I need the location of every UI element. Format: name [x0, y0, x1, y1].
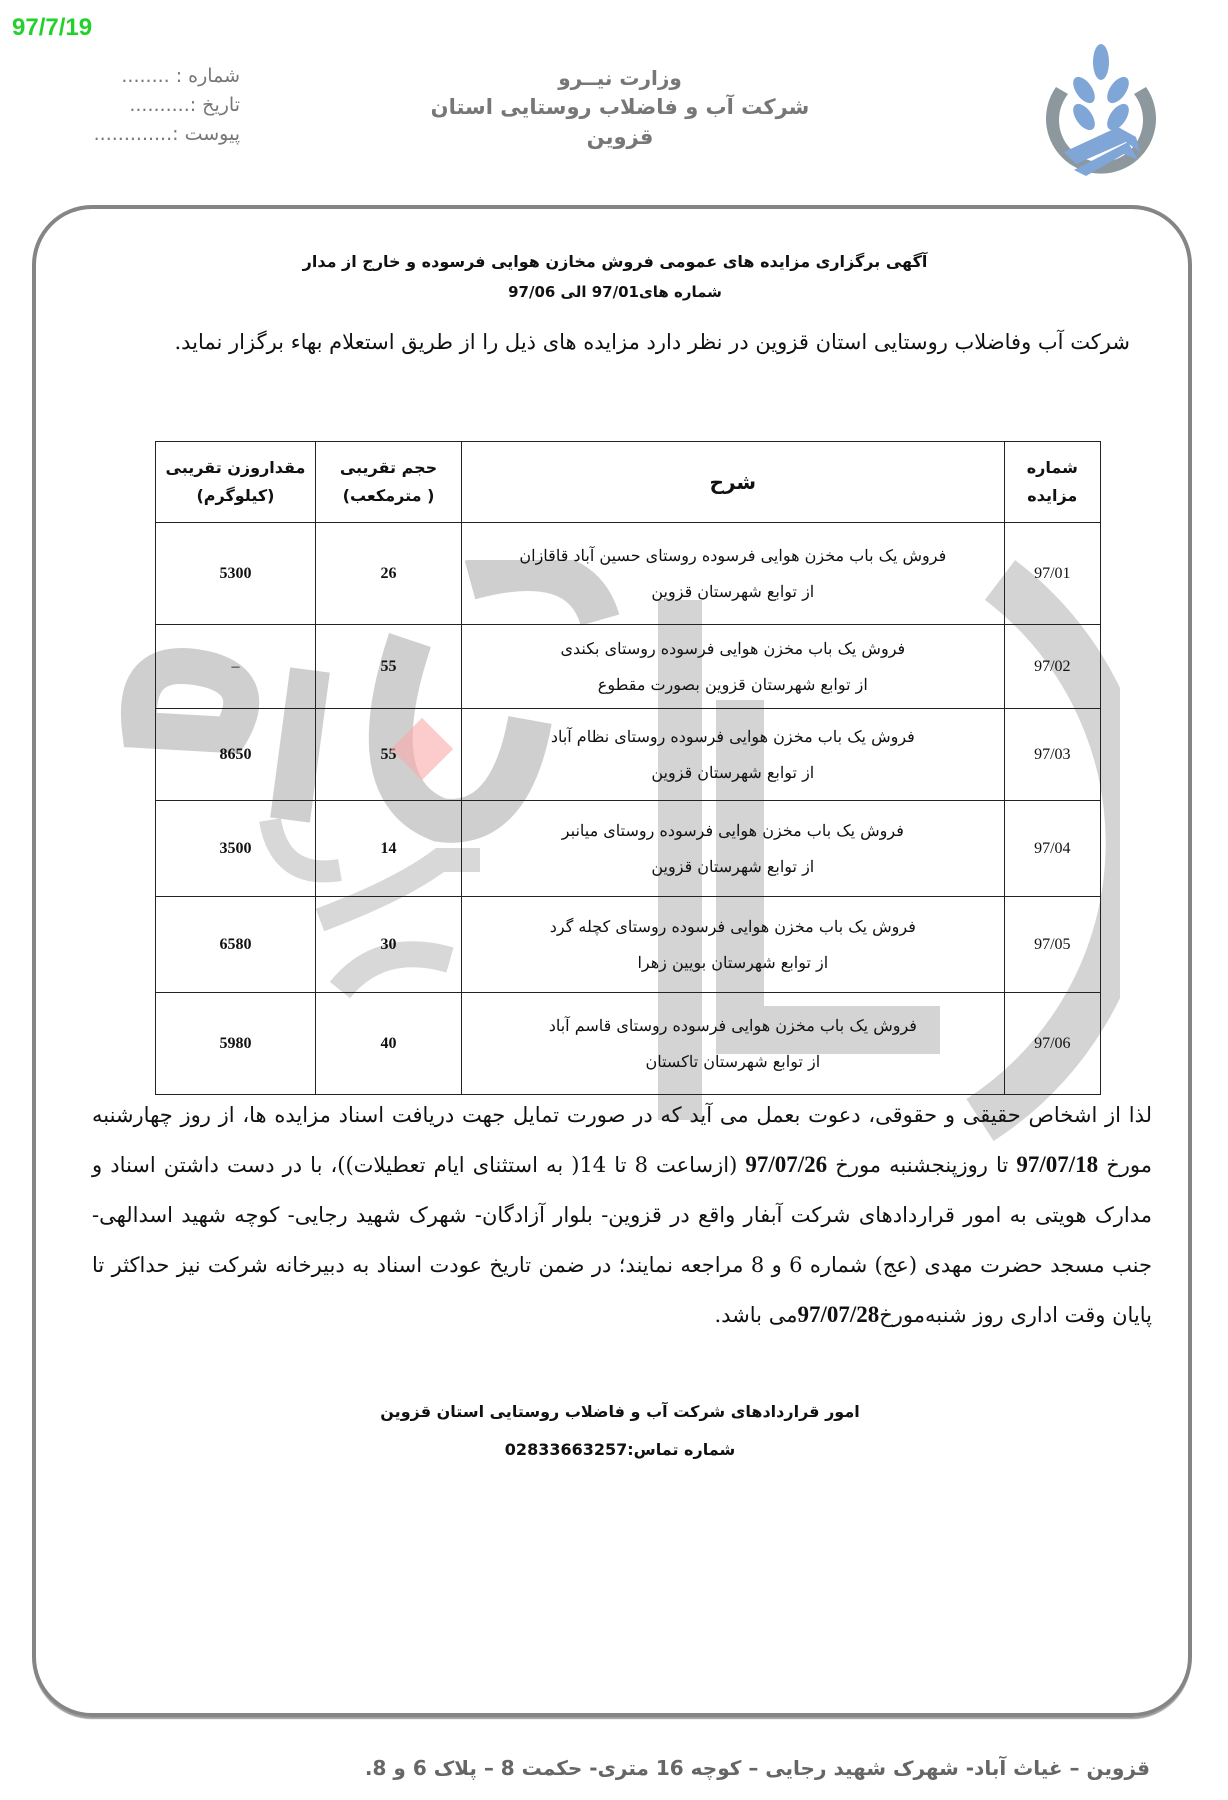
- table-row: 97/05 فروش یک باب مخزن هوایی فرسوده روست…: [156, 897, 1101, 993]
- notice-subtitle: شماره های97/01 الی 97/06: [200, 278, 1030, 306]
- auction-volume: 30: [315, 897, 461, 993]
- auction-description: فروش یک باب مخزن هوایی فرسوده روستای نظا…: [462, 709, 1005, 801]
- letter-meta: شماره : ........ تاریخ :.......... پیوست…: [70, 62, 240, 149]
- table-row: 97/04 فروش یک باب مخزن هوایی فرسوده روست…: [156, 801, 1101, 897]
- auction-volume: 40: [315, 993, 461, 1095]
- auction-volume: 55: [315, 625, 461, 709]
- auction-table: شمارهمزایده شرح حجم تقریبی( مترمکعب) مقد…: [155, 441, 1101, 1095]
- table-row: 97/06 فروش یک باب مخزن هوایی فرسوده روست…: [156, 993, 1101, 1095]
- table-row: 97/03 فروش یک باب مخزن هوایی فرسوده روست…: [156, 709, 1101, 801]
- notice-title: آگهی برگزاری مزایده های عمومی فروش مخازن…: [200, 246, 1030, 278]
- auction-description: فروش یک باب مخزن هوایی فرسوده روستای قاس…: [462, 993, 1005, 1095]
- letter-number: شماره : ........: [70, 62, 240, 91]
- header-weight: مقداروزن تقریبی(کیلوگرم): [156, 442, 316, 523]
- auction-number: 97/05: [1004, 897, 1100, 993]
- table-row: 97/01 فروش یک باب مخزن هوایی فرسوده روست…: [156, 523, 1101, 625]
- ministry-name: وزارت نیــرو: [420, 64, 820, 92]
- notice-title-block: آگهی برگزاری مزایده های عمومی فروش مخازن…: [200, 246, 1030, 306]
- contact-phone: شماره تماس:02833663257: [320, 1431, 920, 1469]
- auction-weight: 8650: [156, 709, 316, 801]
- auction-number: 97/04: [1004, 801, 1100, 897]
- auction-weight: 5980: [156, 993, 316, 1095]
- letter-attachment: پیوست :.............: [70, 120, 240, 149]
- letter-date: تاریخ :..........: [70, 91, 240, 120]
- footer-address: قزوین – غیاث آباد- شهرک شهید رجایی – کوچ…: [350, 1756, 1150, 1780]
- auction-weight: 5300: [156, 523, 316, 625]
- auction-number: 97/03: [1004, 709, 1100, 801]
- table-row: 97/02 فروش یک باب مخزن هوایی فرسوده روست…: [156, 625, 1101, 709]
- auction-description: فروش یک باب مخزن هوایی فرسوده روستای بکن…: [462, 625, 1005, 709]
- auction-number: 97/02: [1004, 625, 1100, 709]
- auction-description: فروش یک باب مخزن هوایی فرسوده روستای کچل…: [462, 897, 1005, 993]
- company-name: شرکت آب و فاضلاب روستایی استان قزوین: [420, 92, 820, 152]
- auction-number: 97/01: [1004, 523, 1100, 625]
- date-start: 97/07/18: [1016, 1152, 1098, 1177]
- auction-weight: –: [156, 625, 316, 709]
- signature-dept: امور قراردادهای شرکت آب و فاضلاب روستایی…: [320, 1393, 920, 1431]
- header-volume: حجم تقریبی( مترمکعب): [315, 442, 461, 523]
- auction-description: فروش یک باب مخزن هوایی فرسوده روستای میا…: [462, 801, 1005, 897]
- stamp-date: 97/7/19: [12, 14, 92, 42]
- auction-number: 97/06: [1004, 993, 1100, 1095]
- header-auction-number: شمارهمزایده: [1004, 442, 1100, 523]
- auction-weight: 3500: [156, 801, 316, 897]
- date-end: 97/07/26: [745, 1152, 827, 1177]
- auction-volume: 14: [315, 801, 461, 897]
- auction-description: فروش یک باب مخزن هوایی فرسوده روستای حسی…: [462, 523, 1005, 625]
- notice-body: لذا از اشخاص حقیقی و حقوقی، دعوت بعمل می…: [92, 1090, 1152, 1340]
- header-description: شرح: [462, 442, 1005, 523]
- table-header-row: شمارهمزایده شرح حجم تقریبی( مترمکعب) مقد…: [156, 442, 1101, 523]
- auction-volume: 26: [315, 523, 461, 625]
- signature-block: امور قراردادهای شرکت آب و فاضلاب روستایی…: [320, 1393, 920, 1469]
- water-company-logo-icon: [1036, 42, 1166, 192]
- auction-weight: 6580: [156, 897, 316, 993]
- notice-intro: شرکت آب وفاضلاب روستایی استان قزوین در ن…: [90, 322, 1130, 362]
- date-return: 97/07/28: [797, 1302, 879, 1327]
- letterhead: وزارت نیــرو شرکت آب و فاضلاب روستایی اس…: [420, 64, 820, 152]
